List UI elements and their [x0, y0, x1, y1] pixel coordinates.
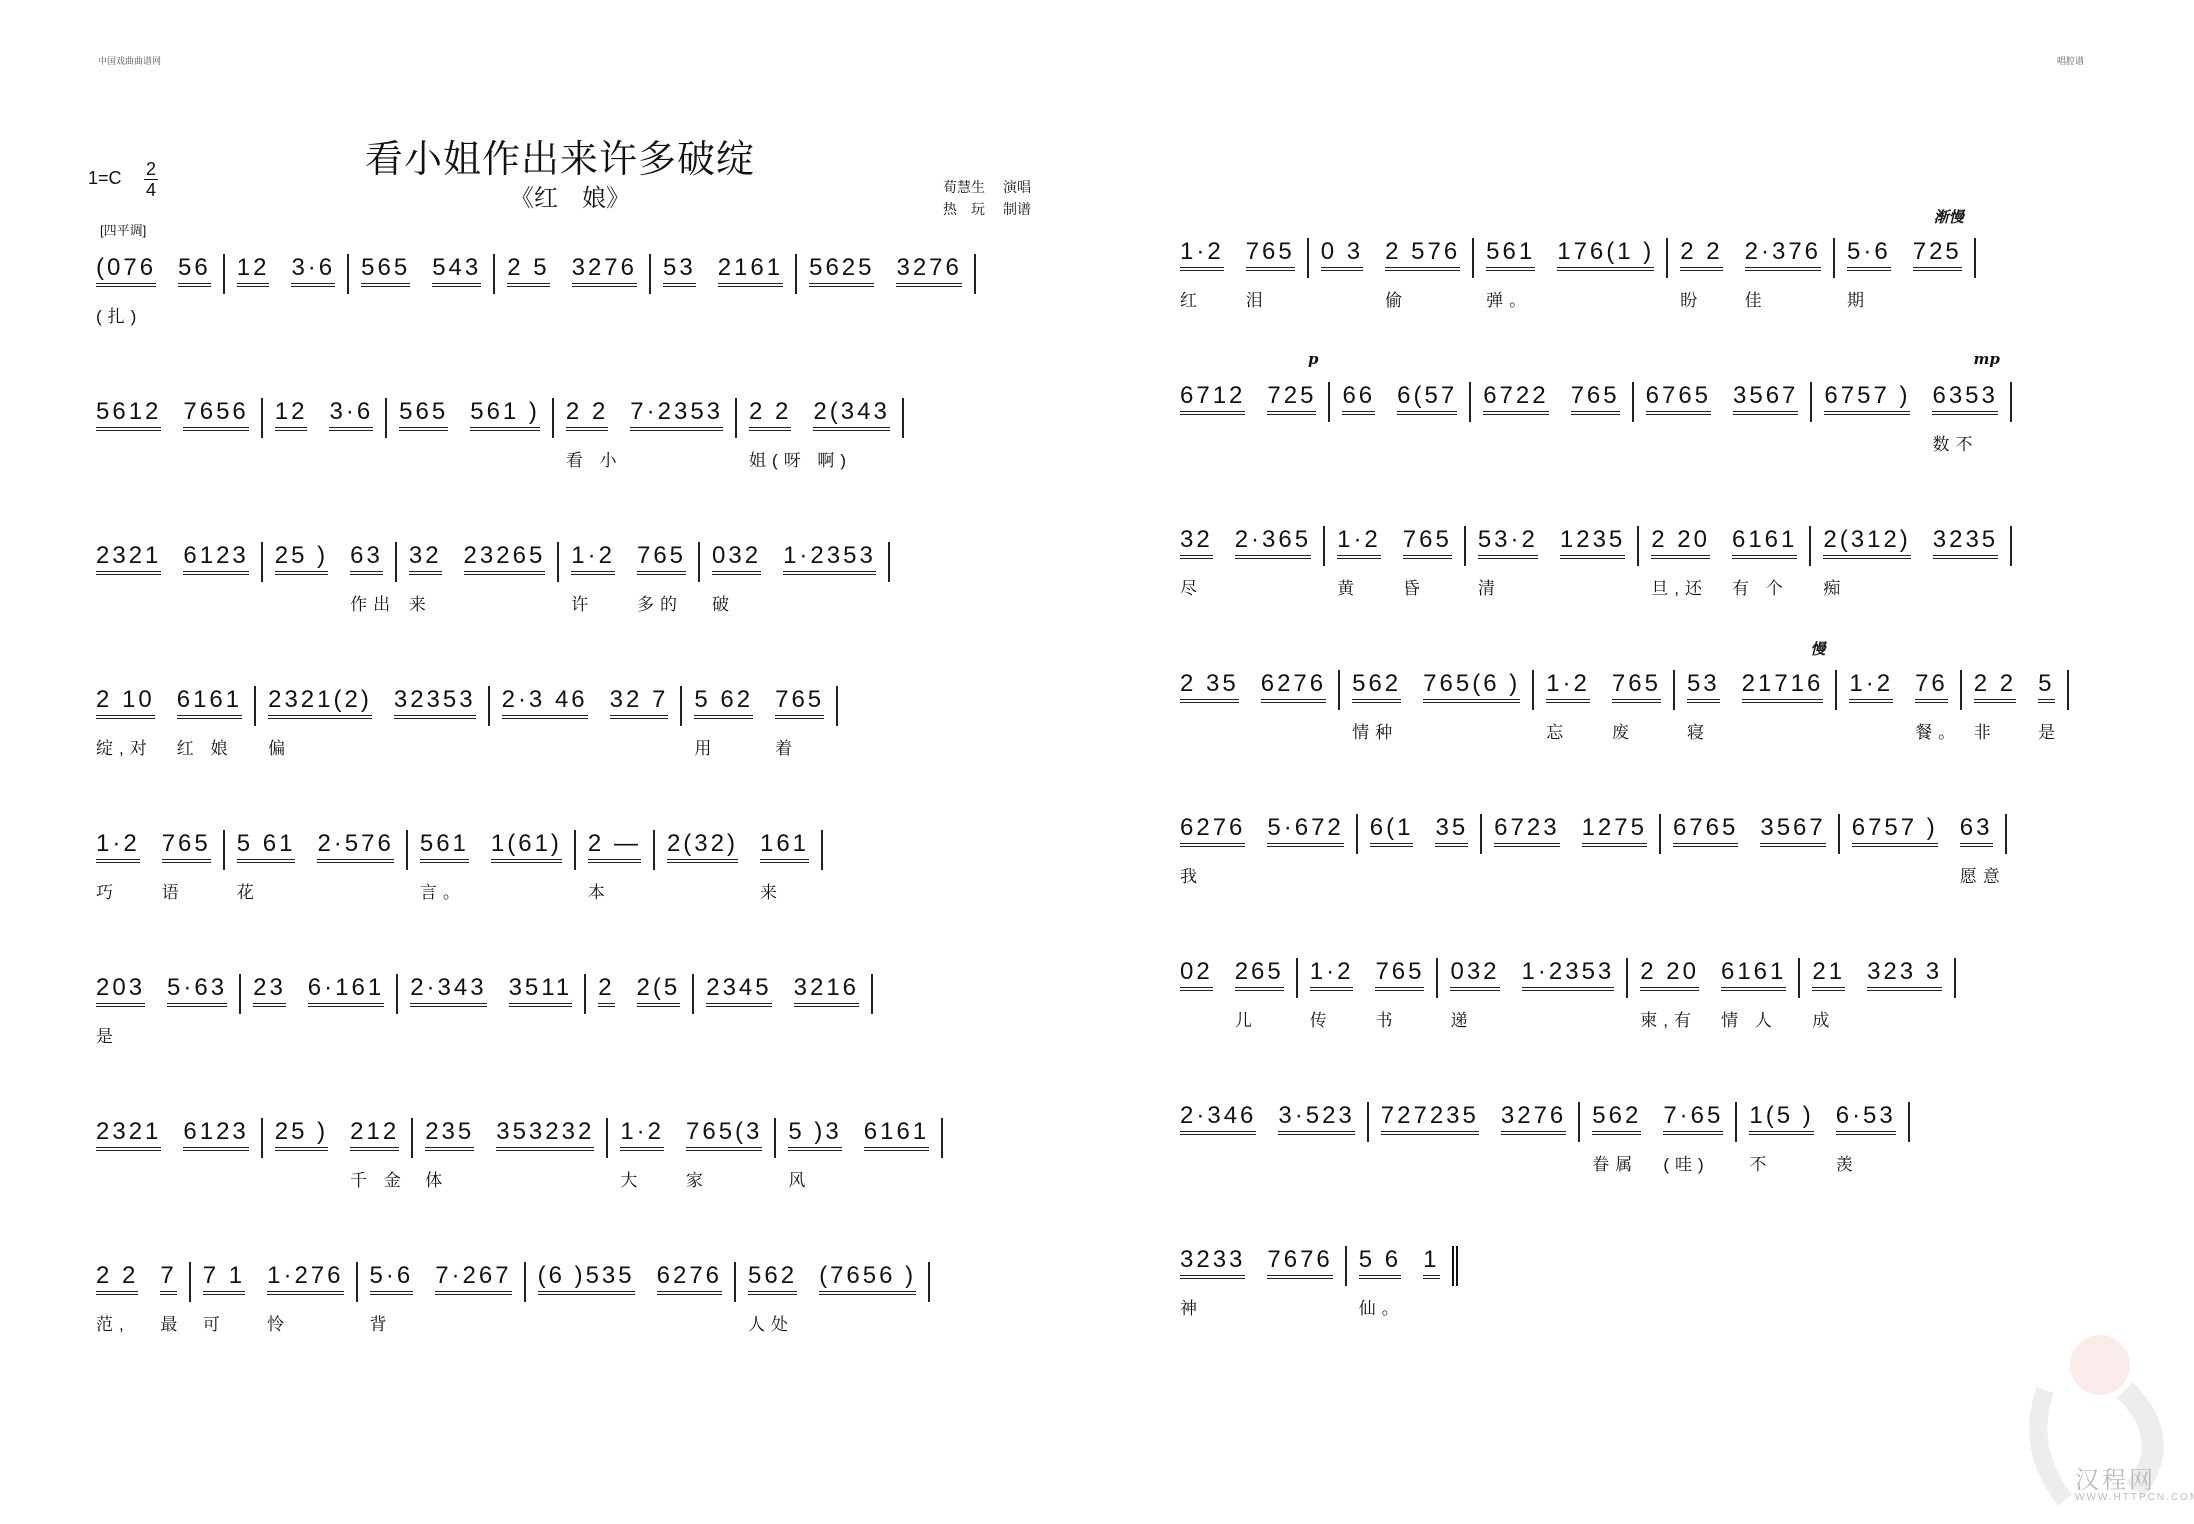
jianpu-notes: 323 3 — [1867, 958, 1942, 991]
note-group: 2(32) — [667, 830, 738, 863]
note-group: 2321(2)偏 — [268, 686, 372, 719]
note-group: 5 62用 — [694, 686, 753, 719]
jianpu-notes: 7 1 — [203, 1262, 245, 1295]
lyric-text: 盼 — [1680, 286, 1703, 311]
measure: 1·2巧765语 — [84, 830, 225, 870]
lyric-text: 多的 — [637, 590, 683, 615]
note-group: 561言。 — [420, 830, 469, 863]
measure: 25 )63作出 — [263, 542, 397, 582]
jianpu-notes: 3276 — [572, 254, 637, 287]
lyric-text: 绽,对 — [96, 734, 153, 759]
jianpu-notes: 25 ) — [275, 1118, 328, 1151]
jianpu-notes: 2 — — [588, 830, 641, 863]
time-numerator: 2 — [144, 159, 158, 180]
staff-line: 56127656123·6565561 )2 2看 小7·23532 2姐(呀 … — [84, 392, 1124, 536]
note-group: 1·2忘 — [1546, 670, 1590, 703]
jianpu-notes: 23 — [253, 974, 286, 1007]
measure: p6712725 — [1168, 382, 1330, 422]
jianpu-notes: 5 62 — [694, 686, 753, 719]
lyric-text: 成 — [1812, 1006, 1835, 1031]
staff-line: 2·3463·5237272353276562眷属7·65(哇)1(5 )不6·… — [1168, 1096, 2194, 1240]
lyric-text: 弹。 — [1486, 286, 1532, 311]
note-group: 725 — [1913, 238, 1962, 271]
note-group: 6(57 — [1397, 382, 1457, 415]
note-group: 6161有 个 — [1732, 526, 1797, 559]
jianpu-notes: 6757 ) — [1824, 382, 1910, 415]
note-group: 561 ) — [470, 398, 540, 431]
note-group: 6123 — [183, 1118, 248, 1151]
jianpu-notes: 32 — [409, 542, 442, 575]
jianpu-notes: 5612 — [96, 398, 161, 431]
jianpu-notes: 5 6 — [1359, 1246, 1401, 1279]
note-group: 02 — [1180, 958, 1213, 991]
lyric-text: 可 — [203, 1310, 226, 1335]
measure: 5 61花2·576 — [225, 830, 408, 870]
measure: 5 6仙。1 — [1347, 1246, 1458, 1286]
time-denominator: 4 — [146, 180, 156, 200]
note-group: 3276 — [572, 254, 637, 287]
note-group: 53寝 — [1687, 670, 1720, 703]
jianpu-notes: 765 — [1403, 526, 1452, 559]
measure: 562眷属7·65(哇) — [1580, 1102, 1737, 1142]
lyric-text: 数不 — [1932, 430, 1978, 455]
note-group: 7656 — [183, 398, 248, 431]
note-group: 6276我 — [1180, 814, 1245, 847]
credit-name: 热 玩 — [943, 198, 985, 220]
note-group: 323 3 — [1867, 958, 1942, 991]
jianpu-notes: 2161 — [718, 254, 783, 287]
jianpu-notes: 63 — [350, 542, 383, 575]
jianpu-notes: 765 — [1375, 958, 1424, 991]
note-group: 3·6 — [329, 398, 373, 431]
measure: 1·276餐。 — [1837, 670, 1961, 710]
note-group: 2 2盼 — [1680, 238, 1722, 271]
jianpu-notes: 2 10 — [96, 686, 155, 719]
measure: 7272353276 — [1369, 1102, 1580, 1142]
jianpu-notes: 76 — [1915, 670, 1948, 703]
measure: 慢53寝21716 — [1675, 670, 1837, 710]
note-group: 1275 — [1582, 814, 1647, 847]
note-group: 565 — [361, 254, 410, 287]
note-group: 7·2353 — [630, 398, 723, 431]
measure: 25 )212千 金 — [263, 1118, 413, 1158]
note-group: 66 — [1342, 382, 1375, 415]
jianpu-notes: 3·6 — [291, 254, 335, 287]
jianpu-notes: 23265 — [464, 542, 546, 575]
jianpu-notes: 6(57 — [1397, 382, 1457, 415]
jianpu-notes: 1·2 — [1546, 670, 1590, 703]
measure: 23216123 — [84, 1118, 263, 1158]
credit-transcriber: 热 玩 制谱 — [943, 198, 1031, 220]
jianpu-notes: (076 — [96, 254, 156, 287]
jianpu-notes: 176(1 ) — [1557, 238, 1654, 271]
measure: (076(扎)56 — [84, 254, 225, 294]
jianpu-notes: 63 — [1960, 814, 1993, 847]
note-group: 25 ) — [275, 1118, 328, 1151]
jianpu-notes: 6722 — [1483, 382, 1548, 415]
note-group: 1·2传 — [1310, 958, 1354, 991]
note-group: 5·6背 — [370, 1262, 414, 1295]
jianpu-notes: 6276 — [1261, 670, 1326, 703]
note-group: 2 2非 — [1974, 670, 2016, 703]
note-group: 2345 — [706, 974, 771, 1007]
lyric-text: 红 娘 — [177, 734, 234, 759]
jianpu-notes: 2·365 — [1235, 526, 1311, 559]
jianpu-notes: 565 — [361, 254, 410, 287]
note-group: 6757 ) — [1852, 814, 1938, 847]
lyric-text: 寝 — [1687, 718, 1710, 743]
note-group: 63愿意 — [1960, 814, 1993, 847]
staff-line: 02265儿1·2传765书032递1·23532 20柬,有6161情 人21… — [1168, 952, 2194, 1096]
note-group: 176(1 ) — [1557, 238, 1654, 271]
note-group: 32 7 — [610, 686, 669, 719]
jianpu-notes: 562 — [1592, 1102, 1641, 1135]
measure: 2 10绽,对6161红 娘 — [84, 686, 256, 726]
note-group: 32353 — [394, 686, 476, 719]
jianpu-notes: 2·576 — [317, 830, 393, 863]
staff-line: 203是5·63236·1612·343351122(523453216 — [84, 968, 1124, 1112]
jianpu-notes: 2 576 — [1385, 238, 1460, 271]
note-group: 1 — [1423, 1246, 1439, 1279]
note-group: 1·2红 — [1180, 238, 1224, 271]
dynamic-mark: 慢 — [1810, 638, 1825, 659]
jianpu-notes: 1·2 — [571, 542, 615, 575]
staff-line: (076(扎)56123·65655432 532765321615625327… — [84, 248, 1124, 392]
measure: 2·3 4632 7 — [490, 686, 683, 726]
note-group: 2321 — [96, 1118, 161, 1151]
measure: 5 62用765着 — [682, 686, 838, 726]
jianpu-notes: 32 — [1180, 526, 1213, 559]
measure: 565561 ) — [387, 398, 554, 438]
lyric-text: 风 — [788, 1166, 811, 1191]
lyric-text: 范, — [96, 1310, 130, 1335]
lyric-text: 巧 — [96, 878, 119, 903]
jianpu-notes: 6765 — [1646, 382, 1711, 415]
lyric-text: 用 — [694, 734, 717, 759]
jianpu-notes: 6161 — [864, 1118, 929, 1151]
lyric-text: 废 — [1612, 718, 1635, 743]
jianpu-notes: 6161 — [1732, 526, 1797, 559]
note-group: 2(312)痴 — [1823, 526, 1910, 559]
note-group: 2(343 — [813, 398, 889, 431]
lyric-text: 看 小 — [566, 446, 623, 471]
note-group: 6(1 — [1370, 814, 1414, 847]
credit-role: 演唱 — [1003, 176, 1031, 198]
jianpu-notes: 562 — [1352, 670, 1401, 703]
measure: 67653567 — [1634, 382, 1813, 422]
measure: 渐慢5·6期725 — [1835, 238, 1976, 278]
jianpu-notes: 032 — [1450, 958, 1499, 991]
measure: 123·6 — [225, 254, 349, 294]
lyric-text: 期 — [1847, 286, 1870, 311]
note-group: 63作出 — [350, 542, 383, 575]
measure: 67231275 — [1482, 814, 1661, 854]
note-group: 562情种 — [1352, 670, 1401, 703]
jianpu-notes: 7656 — [183, 398, 248, 431]
measure: 53·2清1235 — [1466, 526, 1639, 566]
lyric-text: 千 金 — [350, 1166, 407, 1191]
measure: 22(5 — [586, 974, 694, 1014]
jianpu-notes: 6353 — [1932, 382, 1997, 415]
jianpu-notes: 3216 — [794, 974, 859, 1007]
jianpu-notes: 1275 — [1582, 814, 1647, 847]
note-group: 725 — [1267, 382, 1316, 415]
staff-line: 2 10绽,对6161红 娘2321(2)偏323532·3 4632 75 6… — [84, 680, 1124, 824]
note-group: 6161 — [864, 1118, 929, 1151]
jianpu-notes: 2 2 — [749, 398, 791, 431]
measure: 2321(2)偏32353 — [256, 686, 489, 726]
note-group: 2·365 — [1235, 526, 1311, 559]
note-group: 353232 — [496, 1118, 594, 1151]
note-group: 7676 — [1267, 1246, 1332, 1279]
measure: 6722765 — [1471, 382, 1633, 422]
jianpu-notes: 3511 — [509, 974, 573, 1007]
note-group: 2·343 — [410, 974, 486, 1007]
note-group: 7 1可 — [203, 1262, 245, 1295]
note-group: 5625 — [809, 254, 874, 287]
note-group: 2 5 — [507, 254, 549, 287]
note-group: 2321 — [96, 542, 161, 575]
note-group: 1·2黄 — [1337, 526, 1381, 559]
jianpu-notes: 7676 — [1267, 1246, 1332, 1279]
jianpu-notes: 7 — [160, 1262, 176, 1295]
note-group: 2 10绽,对 — [96, 686, 155, 719]
jianpu-notes: 565 — [399, 398, 448, 431]
measure: 1·2许765多的 — [559, 542, 700, 582]
note-group: 2 20旦,还 — [1651, 526, 1710, 559]
note-group: 53 — [663, 254, 696, 287]
measure: 32来23265 — [397, 542, 559, 582]
note-group: 3·6 — [291, 254, 335, 287]
jianpu-notes: 765 — [637, 542, 686, 575]
jianpu-notes: 53 — [663, 254, 696, 287]
lyric-text: 柬,有 — [1640, 1006, 1697, 1031]
note-group: 6353数不 — [1932, 382, 1997, 415]
lyric-text: 最 — [160, 1310, 183, 1335]
note-group: 5是 — [2038, 670, 2054, 703]
jianpu-notes: 2·346 — [1180, 1102, 1256, 1135]
lyric-text: 儿 — [1235, 1006, 1258, 1031]
jianpu-notes: 6·53 — [1836, 1102, 1896, 1135]
measure: 5·6背7·267 — [358, 1262, 526, 1302]
note-group: 765多的 — [637, 542, 686, 575]
note-group: 6161情 人 — [1721, 958, 1786, 991]
measure: 2 2盼2·376佳 — [1668, 238, 1835, 278]
lyric-text: 许 — [571, 590, 594, 615]
note-group: 3276 — [896, 254, 961, 287]
jianpu-notes: 5·672 — [1267, 814, 1343, 847]
jianpu-notes: 265 — [1235, 958, 1284, 991]
note-group: (076(扎) — [96, 254, 156, 287]
staff-line: 2 356276562情种765(6 )1·2忘765废慢53寝217161·2… — [1168, 664, 2194, 808]
measure: 1·2忘765废 — [1534, 670, 1675, 710]
note-group: 32来 — [409, 542, 442, 575]
note-group: 562眷属 — [1592, 1102, 1641, 1135]
measure: 235体353232 — [413, 1118, 608, 1158]
measure: 2 20柬,有6161情 人 — [1628, 958, 1800, 998]
jianpu-notes: 6276 — [1180, 814, 1245, 847]
jianpu-notes: 2 2 — [566, 398, 608, 431]
lyric-text: 家 — [686, 1166, 709, 1191]
note-group: 7·65(哇) — [1663, 1102, 1723, 1135]
note-group: 2 2看 小 — [566, 398, 608, 431]
lyric-text: 昏 — [1403, 574, 1426, 599]
jianpu-notes: 727235 — [1381, 1102, 1479, 1135]
jianpu-notes: 3·6 — [329, 398, 373, 431]
measure: 561言。1(61) — [408, 830, 576, 870]
jianpu-notes: 25 ) — [275, 542, 328, 575]
lyric-text: 我 — [1180, 862, 1203, 887]
note-group: 562人处 — [748, 1262, 797, 1295]
jianpu-notes: 6·161 — [308, 974, 384, 1007]
measure: 1·2黄765昏 — [1325, 526, 1466, 566]
lyric-text: 痴 — [1823, 574, 1846, 599]
jianpu-notes: 2 20 — [1640, 958, 1699, 991]
jianpu-notes: 1·2 — [620, 1118, 664, 1151]
note-group: 1·2许 — [571, 542, 615, 575]
measure: 562情种765(6 ) — [1340, 670, 1534, 710]
key-signature: 1=C — [88, 168, 122, 189]
note-group: 2 20柬,有 — [1640, 958, 1699, 991]
note-group: 1(61) — [491, 830, 562, 863]
jianpu-notes: 3235 — [1933, 526, 1998, 559]
note-group: 765(6 ) — [1423, 670, 1520, 703]
lyric-text: 情 人 — [1721, 1006, 1778, 1031]
site-name-right: 唱腔谱 — [2057, 54, 2084, 67]
lyric-text: 语 — [162, 878, 185, 903]
jianpu-notes: 562 — [748, 1262, 797, 1295]
jianpu-notes: 1 — [1423, 1246, 1439, 1279]
lyric-text: 来 — [760, 878, 783, 903]
jianpu-notes: 2(32) — [667, 830, 738, 863]
jianpu-notes: 2345 — [706, 974, 771, 1007]
jianpu-notes: 561 — [420, 830, 469, 863]
lyric-text: 传 — [1310, 1006, 1333, 1031]
measure: 032递1·2353 — [1438, 958, 1628, 998]
jianpu-notes: 1·2353 — [1522, 958, 1615, 991]
jianpu-notes: 35 — [1435, 814, 1468, 847]
jianpu-notes: 2 5 — [507, 254, 549, 287]
jianpu-notes: 66 — [1342, 382, 1375, 415]
jianpu-notes: 2 — [598, 974, 614, 1007]
note-group: 265儿 — [1235, 958, 1284, 991]
jianpu-notes: 1(61) — [491, 830, 562, 863]
measure: 1·2传765书 — [1298, 958, 1439, 998]
measure: 2 20旦,还6161有 个 — [1639, 526, 1811, 566]
note-group: 2 576偷 — [1385, 238, 1460, 271]
lyric-text: 眷属 — [1592, 1150, 1638, 1175]
note-group: 2161 — [718, 254, 783, 287]
lyric-text: (扎) — [96, 302, 142, 327]
lyric-text: 偷 — [1385, 286, 1408, 311]
jianpu-notes: 1·276 — [267, 1262, 343, 1295]
staff-line: 32尽2·3651·2黄765昏53·2清12352 20旦,还6161有 个2… — [1168, 520, 2194, 664]
note-group: 1·2巧 — [96, 830, 140, 863]
staff-line: 2321612325 )212千 金235体3532321·2大765(3家5 … — [84, 1112, 1124, 1256]
jianpu-notes: 1·2 — [1849, 670, 1893, 703]
jianpu-notes: 3567 — [1733, 382, 1798, 415]
jianpu-notes: 02 — [1180, 958, 1213, 991]
measure: 0 32 576偷 — [1309, 238, 1474, 278]
measure: 1(5 )不6·53羡 — [1737, 1102, 1909, 1142]
measure: 2·3463·523 — [1168, 1102, 1369, 1142]
jianpu-notes: 2(312) — [1823, 526, 1910, 559]
note-group: 203是 — [96, 974, 145, 1007]
note-group: 1·2 — [1849, 670, 1893, 703]
jianpu-notes: 2(5 — [637, 974, 681, 1007]
jianpu-notes: 2321 — [96, 1118, 161, 1151]
measure: 2 2非5是 — [1962, 670, 2069, 710]
jianpu-notes: 765 — [1246, 238, 1295, 271]
measure: 32尽2·365 — [1168, 526, 1325, 566]
jianpu-notes: 5·6 — [1847, 238, 1891, 271]
lyric-text: 仙。 — [1359, 1294, 1405, 1319]
note-group: 6·161 — [308, 974, 384, 1007]
note-group: 2 35 — [1180, 670, 1239, 703]
note-group: 2 —本 — [588, 830, 641, 863]
lyric-text: 书 — [1375, 1006, 1398, 1031]
jianpu-notes: 6757 ) — [1852, 814, 1938, 847]
measure: 2 —本 — [576, 830, 655, 870]
note-group: 3567 — [1760, 814, 1825, 847]
note-group: 765废 — [1612, 670, 1661, 703]
note-group: 2·376佳 — [1745, 238, 1821, 271]
lyric-text: 尽 — [1180, 574, 1203, 599]
lyric-text: 愿意 — [1960, 862, 2006, 887]
lyric-text: 清 — [1478, 574, 1501, 599]
lyric-text: 情种 — [1352, 718, 1398, 743]
jianpu-notes: 32353 — [394, 686, 476, 719]
jianpu-notes: 353232 — [496, 1118, 594, 1151]
measure: 6(135 — [1358, 814, 1482, 854]
staff-line: 1·2巧765语5 61花2·576561言。1(61)2 —本2(32)161… — [84, 824, 1124, 968]
note-group: 5·672 — [1267, 814, 1343, 847]
jianpu-notes: 2(343 — [813, 398, 889, 431]
jianpu-notes: 6161 — [1721, 958, 1786, 991]
lyric-text: 着 — [775, 734, 798, 759]
jianpu-notes: 7·267 — [435, 1262, 511, 1295]
jianpu-notes: 212 — [350, 1118, 399, 1151]
note-group: 765(3家 — [686, 1118, 762, 1151]
lyric-text: 佳 — [1745, 286, 1768, 311]
note-group: 2·3 46 — [502, 686, 588, 719]
measure: 666(57 — [1330, 382, 1471, 422]
note-group: 5·6期 — [1847, 238, 1891, 271]
note-group: 2(5 — [637, 974, 681, 1007]
lyric-text: 大 — [620, 1166, 643, 1191]
note-group: 2·576 — [317, 830, 393, 863]
jianpu-notes: 765 — [162, 830, 211, 863]
note-group: 1·2大 — [620, 1118, 664, 1151]
note-group: 35 — [1435, 814, 1468, 847]
note-group: 5·63 — [167, 974, 227, 1007]
measure: 565543 — [349, 254, 495, 294]
jianpu-notes: 1(5 ) — [1749, 1102, 1813, 1135]
measure: mp6757 )6353数不 — [1812, 382, 2011, 422]
note-group: 3511 — [509, 974, 573, 1007]
jianpu-notes: 56 — [178, 254, 211, 287]
staff-line: 2 2范,7最7 1可1·276怜5·6背7·267(6 )5356276562… — [84, 1256, 1124, 1400]
note-group: 765昏 — [1403, 526, 1452, 559]
note-group: 765泪 — [1246, 238, 1295, 271]
measure: 236·161 — [241, 974, 398, 1014]
measure: 2 2看 小7·2353 — [554, 398, 737, 438]
note-group: 3567 — [1733, 382, 1798, 415]
measure: 561弹。176(1 ) — [1474, 238, 1668, 278]
note-group: 543 — [432, 254, 481, 287]
note-group: 0 3 — [1321, 238, 1363, 271]
jianpu-notes: 5·63 — [167, 974, 227, 1007]
